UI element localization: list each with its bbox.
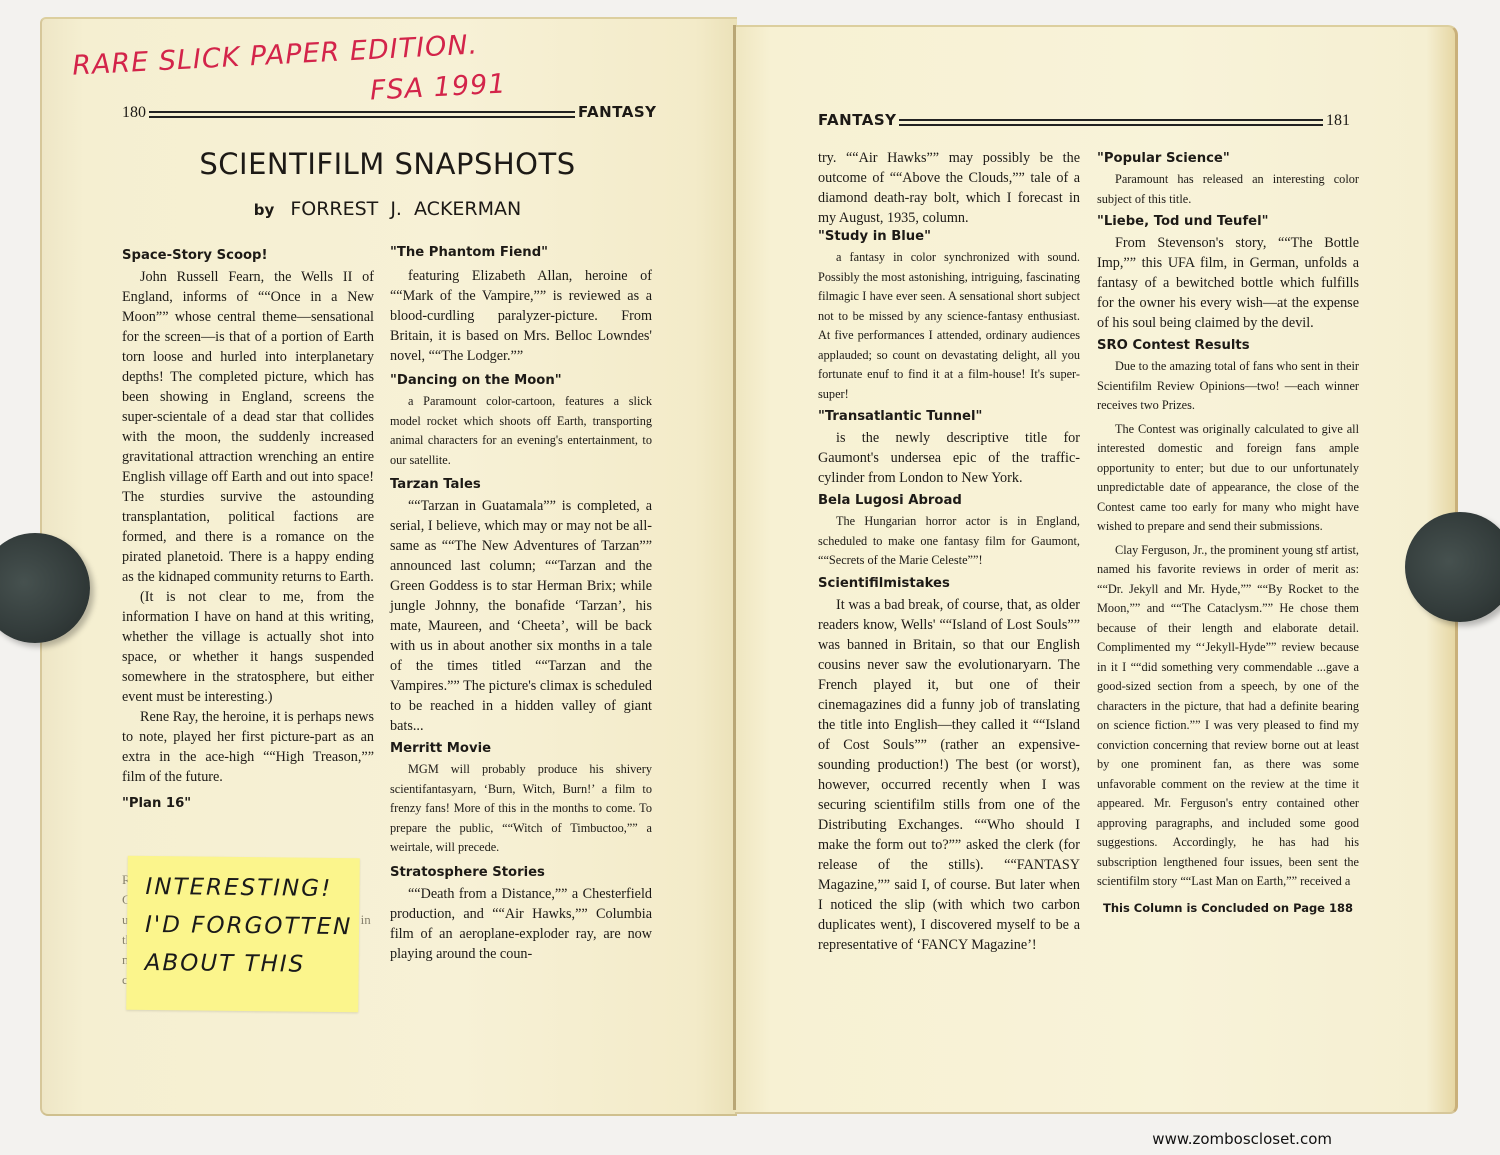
paragraph: MGM will probably produce his shivery sc… bbox=[390, 760, 652, 858]
paragraph: featuring Elizabeth Allan, heroine of ““… bbox=[390, 266, 652, 366]
author-name: FORREST J. ACKERMAN bbox=[290, 198, 521, 220]
section-heading: "Popular Science" bbox=[1097, 150, 1359, 168]
section-heading: "Plan 16" bbox=[122, 795, 374, 813]
section-heading: "The Phantom Fiend" bbox=[390, 244, 652, 262]
continued-notice: This Column is Concluded on Page 188 bbox=[1097, 898, 1359, 918]
header-rule bbox=[899, 119, 1323, 126]
column-3: try. ““Air Hawks”” may possibly be the o… bbox=[818, 148, 1080, 955]
paragraph: a fantasy in color synchronized with sou… bbox=[818, 248, 1080, 404]
section-heading: Space-Story Scoop! bbox=[122, 247, 374, 265]
paragraph: Due to the amazing total of fans who sen… bbox=[1097, 357, 1359, 416]
paragraph: The Contest was originally calculated to… bbox=[1097, 420, 1359, 537]
paragraph: try. ““Air Hawks”” may possibly be the o… bbox=[818, 148, 1080, 228]
column-2: "The Phantom Fiend" featuring Elizabeth … bbox=[390, 240, 652, 964]
paragraph: ““Tarzan in Guatamala”” is completed, a … bbox=[390, 496, 652, 736]
byline: by FORREST J. ACKERMAN bbox=[40, 198, 735, 220]
paragraph: From Stevenson's story, ““The Bottle Imp… bbox=[1097, 233, 1359, 333]
column-4: "Popular Science" Paramount has released… bbox=[1097, 150, 1359, 918]
site-watermark: www.zomboscloset.com bbox=[1152, 1130, 1332, 1148]
page-number-right: 181 bbox=[1326, 112, 1350, 130]
spine-gutter bbox=[733, 25, 736, 1110]
paragraph: The Hungarian horror actor is in England… bbox=[818, 512, 1080, 571]
section-heading: Merritt Movie bbox=[390, 740, 652, 758]
paragraph: Rene Ray, the heroine, it is perhaps new… bbox=[122, 707, 374, 787]
right-running-head: FANTASY 181 bbox=[818, 112, 1354, 130]
sticky-note-line1: INTERESTING! bbox=[145, 868, 332, 908]
left-running-head: 180 FANTASY bbox=[122, 104, 655, 122]
section-heading: "Transatlantic Tunnel" bbox=[818, 408, 1080, 426]
column-1: Space-Story Scoop! John Russell Fearn, t… bbox=[122, 243, 374, 815]
magazine-name-right: FANTASY bbox=[818, 111, 897, 129]
section-heading: Tarzan Tales bbox=[390, 476, 652, 494]
header-rule bbox=[149, 111, 575, 118]
sticky-note: INTERESTING! I'D FORGOTTEN ABOUT THIS bbox=[126, 856, 360, 1012]
section-heading: "Study in Blue" bbox=[818, 228, 1080, 246]
section-heading: SRO Contest Results bbox=[1097, 337, 1359, 355]
paragraph: John Russell Fearn, the Wells II of Engl… bbox=[122, 267, 374, 587]
page-number-left: 180 bbox=[122, 104, 146, 122]
section-heading: Scientifilmistakes bbox=[818, 575, 1080, 593]
section-heading: "Liebe, Tod und Teufel" bbox=[1097, 213, 1359, 231]
paragraph: ““Death from a Distance,”” a Chesterfiel… bbox=[390, 884, 652, 964]
paragraph: a Paramount color-cartoon, features a sl… bbox=[390, 392, 652, 470]
byline-prefix: by bbox=[254, 201, 275, 219]
paragraph: Clay Ferguson, Jr., the prominent young … bbox=[1097, 541, 1359, 892]
paragraph: It was a bad break, of course, that, as … bbox=[818, 595, 1080, 955]
sticky-note-line2: I'D FORGOTTEN bbox=[145, 906, 353, 946]
paragraph: (It is not clear to me, from the informa… bbox=[122, 587, 374, 707]
magazine-name-left: FANTASY bbox=[578, 103, 657, 121]
section-heading: Stratosphere Stories bbox=[390, 864, 652, 882]
article-title: SCIENTIFILM SNAPSHOTS bbox=[40, 147, 735, 181]
section-heading: "Dancing on the Moon" bbox=[390, 372, 652, 390]
paragraph: is the newly descriptive title for Gaumo… bbox=[818, 428, 1080, 488]
section-heading: Bela Lugosi Abroad bbox=[818, 492, 1080, 510]
sticky-note-line3: ABOUT THIS bbox=[144, 944, 305, 984]
paragraph: Paramount has released an interesting co… bbox=[1097, 170, 1359, 209]
